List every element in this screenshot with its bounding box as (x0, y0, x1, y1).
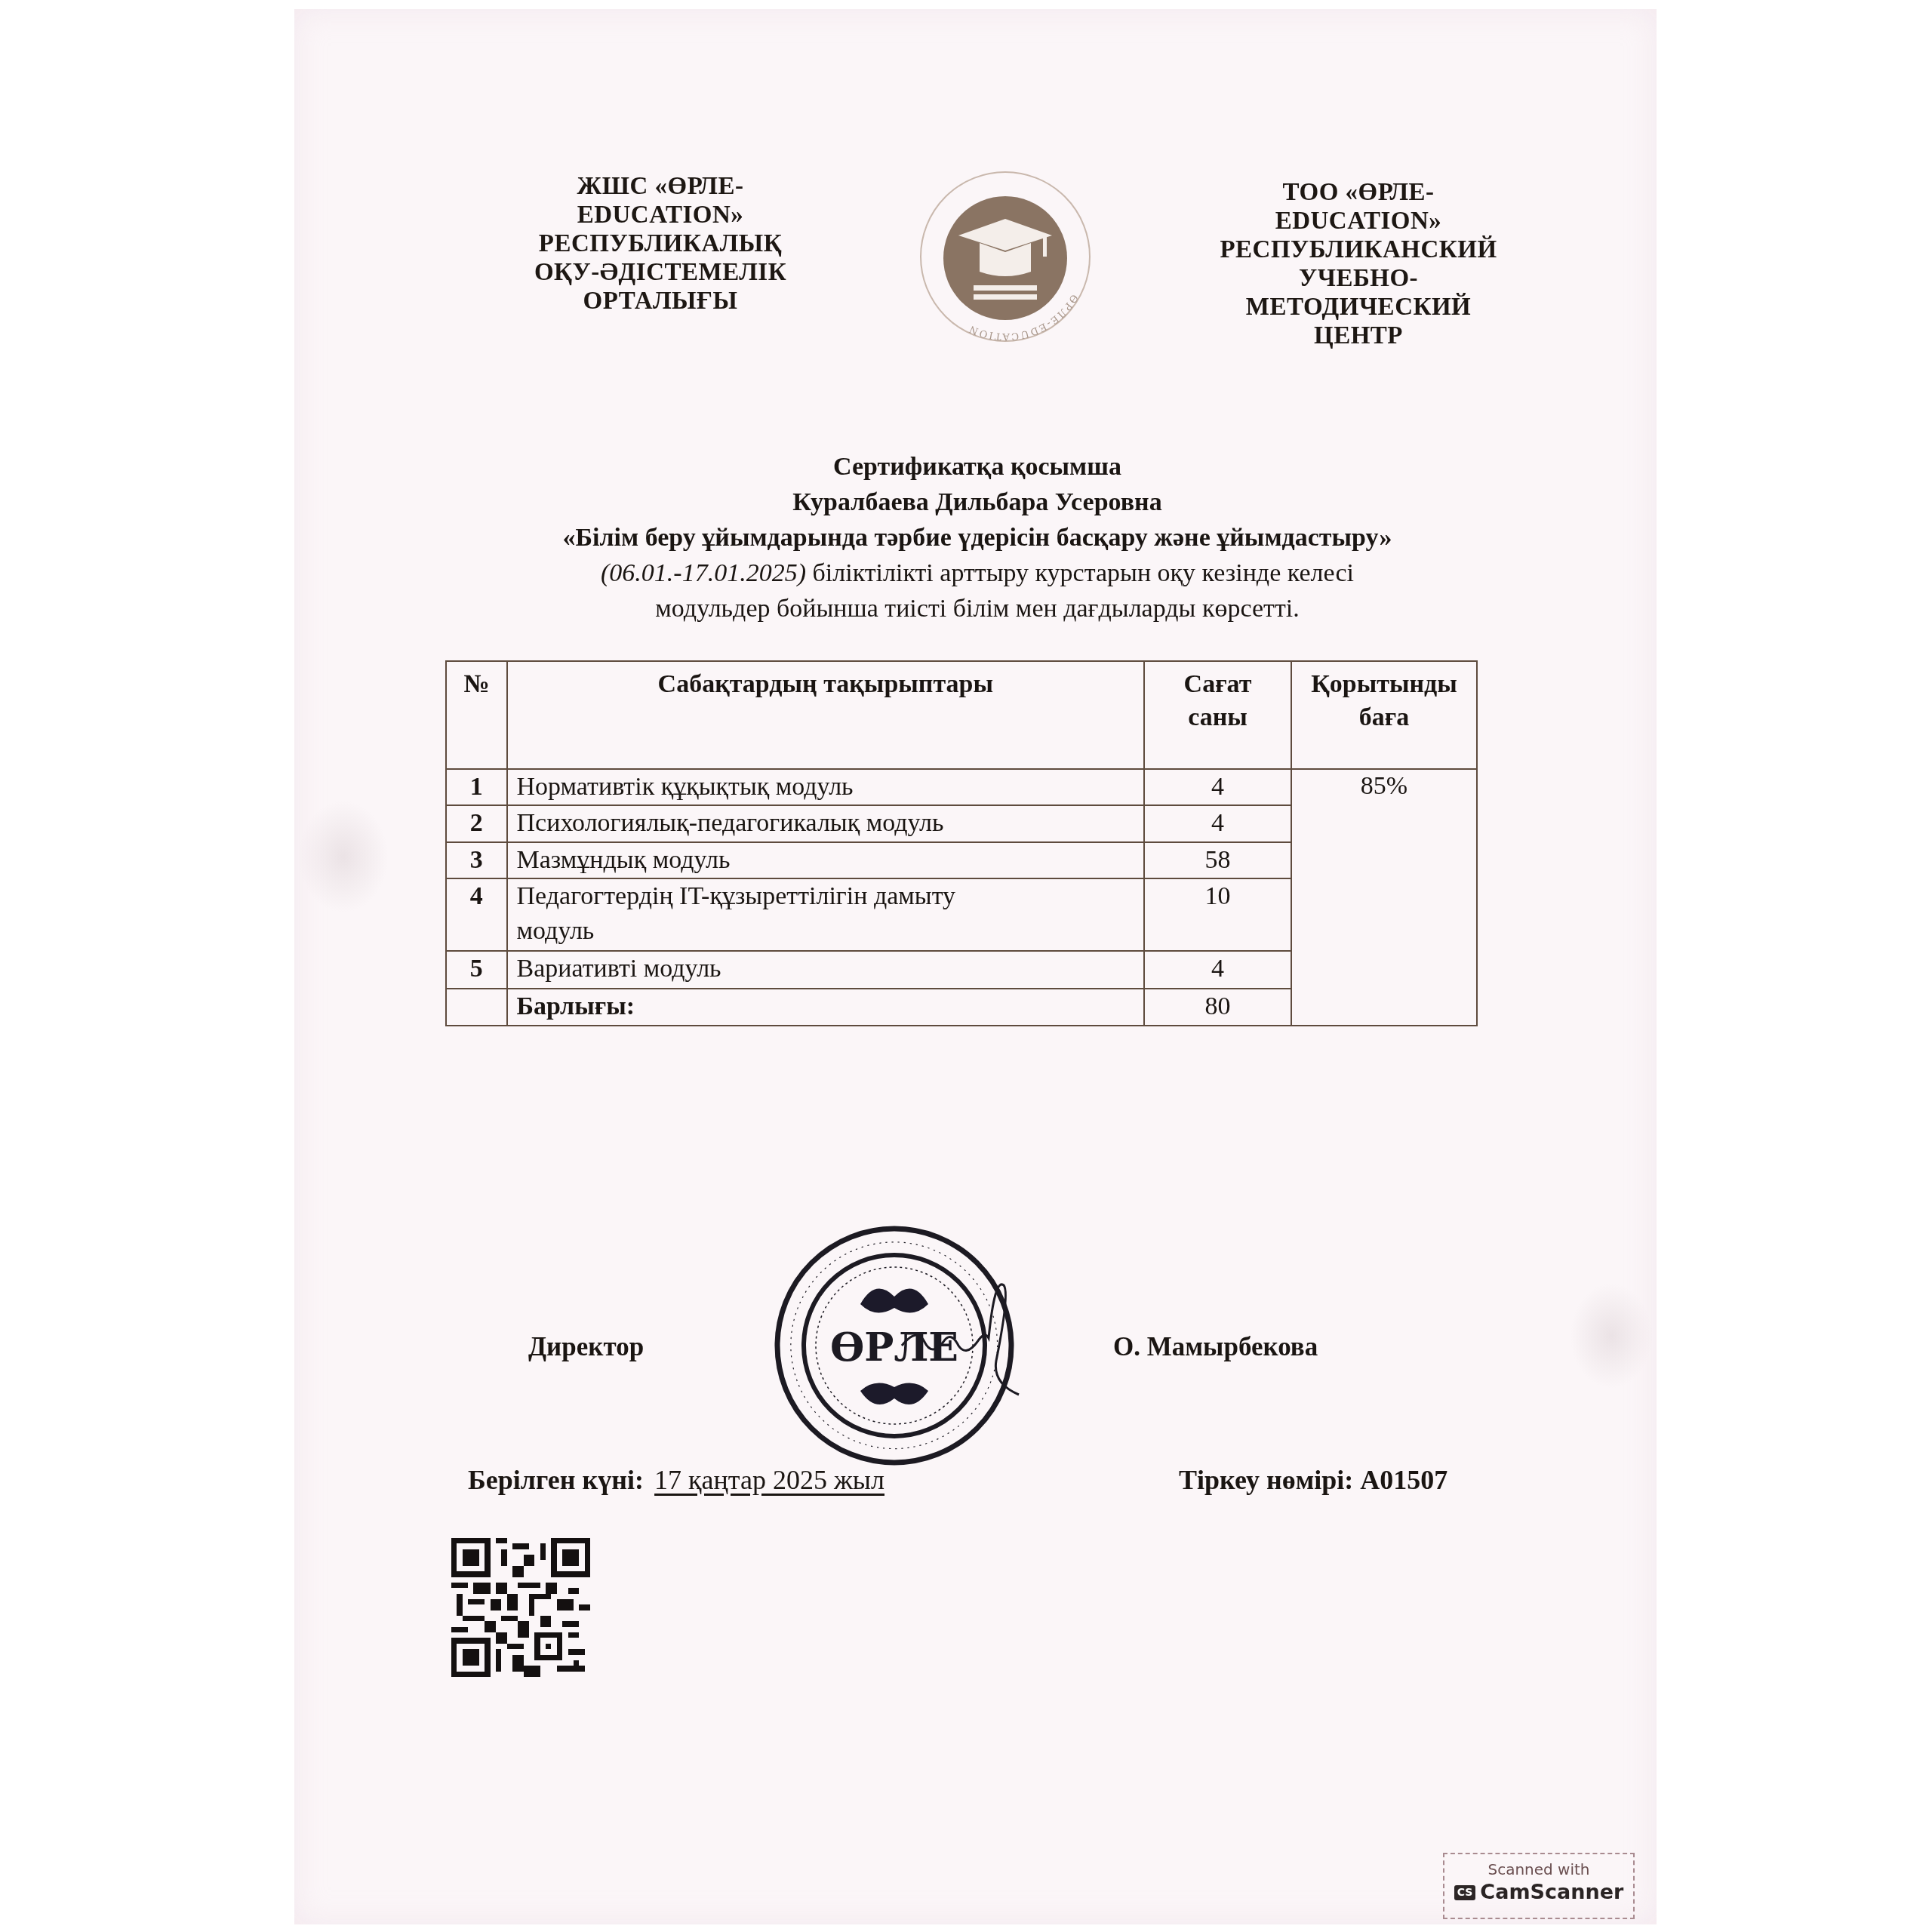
camscanner-logo-icon: CS (1454, 1885, 1476, 1900)
graduation-cap-logo-icon: ӨРЛЕ-EDUCATION (915, 166, 1096, 347)
recipient-name: Куралбаева Дильбара Усеровна (377, 485, 1577, 520)
registration-number: Тіркеу нөмірі: A01507 (1179, 1464, 1447, 1496)
course-period-line: (06.01.-17.01.2025) біліктілікті арттыру… (377, 555, 1577, 591)
org-name-russian: ТОО «ӨРЛЕ- EDUCATION» РЕСПУБЛИКАНСКИЙ УЧ… (1192, 178, 1524, 350)
total-hours: 80 (1144, 989, 1291, 1026)
qr-code-icon[interactable] (451, 1538, 590, 1677)
camscanner-watermark: Scanned with CS CamScanner (1443, 1853, 1635, 1919)
director-label: Директор (528, 1332, 644, 1362)
course-name: «Білім беру ұйымдарында тәрбие үдерісін … (377, 520, 1577, 555)
issue-date: Берілген күні:17 қаңтар 2025 жыл (468, 1464, 884, 1496)
course-period: (06.01.-17.01.2025) (601, 559, 806, 587)
header-hours: Сағат саны (1144, 661, 1291, 769)
header-topic: Сабақтардың тақырыптары (507, 661, 1145, 769)
scan-smudge (298, 800, 389, 913)
final-grade: 85% (1291, 769, 1477, 1026)
total-label: Барлығы: (507, 989, 1145, 1026)
appendix-heading: Сертификатқа қосымша (377, 449, 1577, 485)
certificate-title: Сертификатқа қосымша Куралбаева Дильбара… (377, 449, 1577, 626)
official-stamp-icon: ӨРЛЕ (770, 1221, 1072, 1470)
header-number: № (446, 661, 507, 769)
header-grade: Қорытынды баға (1291, 661, 1477, 769)
org-name-kazakh: ЖШС «ӨРЛЕ- EDUCATION» РЕСПУБЛИКАЛЫҚ ОҚУ-… (494, 172, 826, 315)
director-name: О. Мамырбекова (1113, 1332, 1318, 1362)
modules-table: № Сабақтардың тақырыптары Сағат саны Қор… (445, 660, 1478, 1026)
table-row: 1 Нормативтік құқықтық модуль 4 85% (446, 769, 1477, 805)
table-header-row: № Сабақтардың тақырыптары Сағат саны Қор… (446, 661, 1477, 769)
scan-smudge (1570, 1283, 1653, 1389)
course-description: модульдер бойынша тиісті білім мен дағды… (377, 591, 1577, 626)
